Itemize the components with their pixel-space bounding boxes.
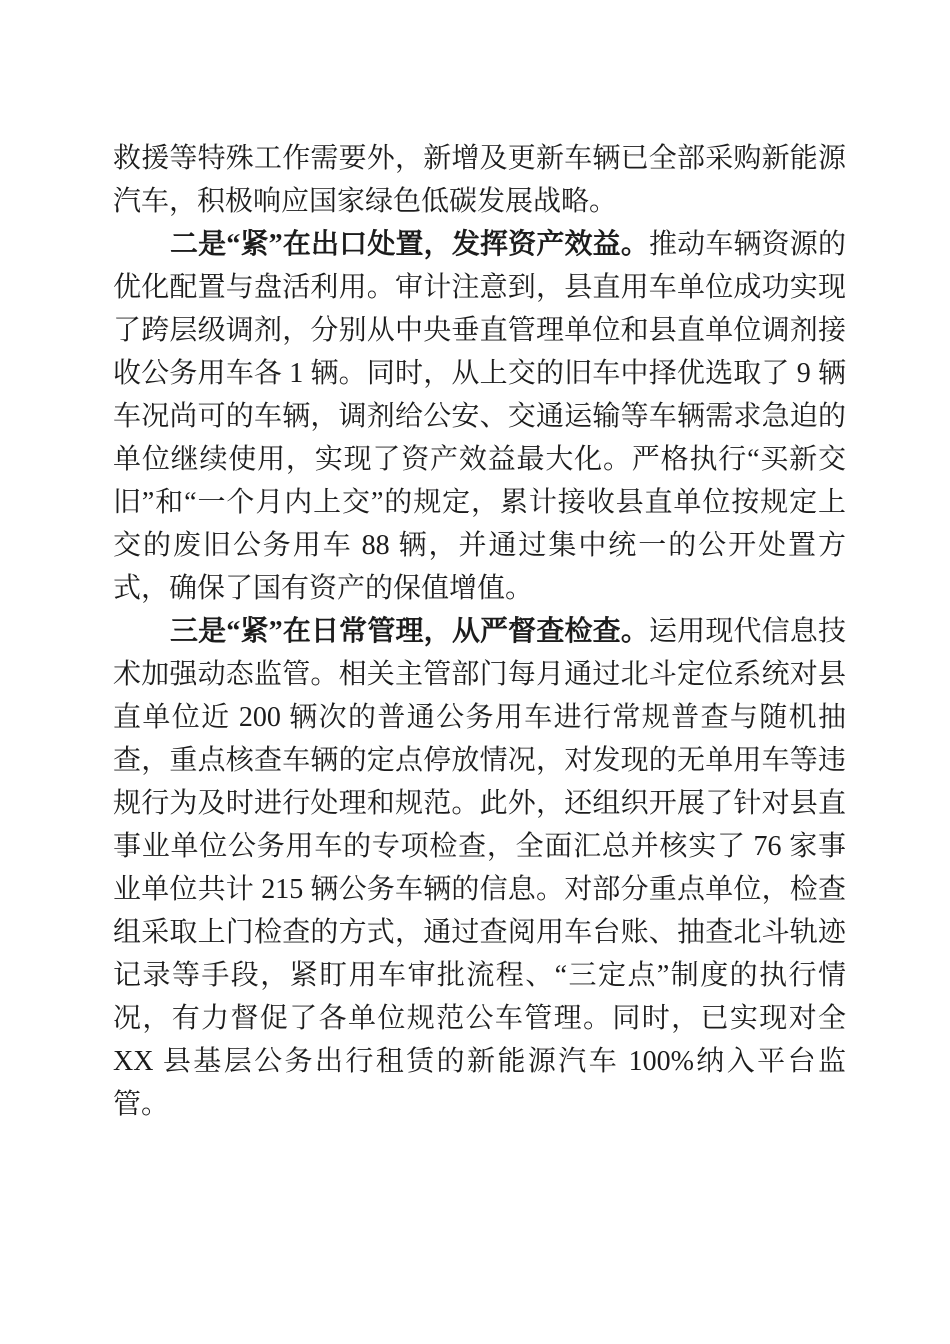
document-page: 救援等特殊工作需要外，新增及更新车辆已全部采购新能源汽车，积极响应国家绿色低碳发…: [0, 0, 950, 1344]
paragraph-1: 救援等特殊工作需要外，新增及更新车辆已全部采购新能源汽车，积极响应国家绿色低碳发…: [113, 137, 846, 223]
paragraph-3: 三是“紧”在日常管理，从严督查检查。运用现代信息技术加强动态监管。相关主管部门每…: [113, 610, 846, 1126]
document-body: 救援等特殊工作需要外，新增及更新车辆已全部采购新能源汽车，积极响应国家绿色低碳发…: [113, 137, 846, 1126]
paragraph-3-lead: 三是“紧”在日常管理，从严督查检查。: [170, 616, 649, 647]
paragraph-2-lead: 二是“紧”在出口处置，发挥资产效益。: [170, 229, 649, 260]
paragraph-2: 二是“紧”在出口处置，发挥资产效益。推动车辆资源的优化配置与盘活利用。审计注意到…: [113, 223, 846, 610]
